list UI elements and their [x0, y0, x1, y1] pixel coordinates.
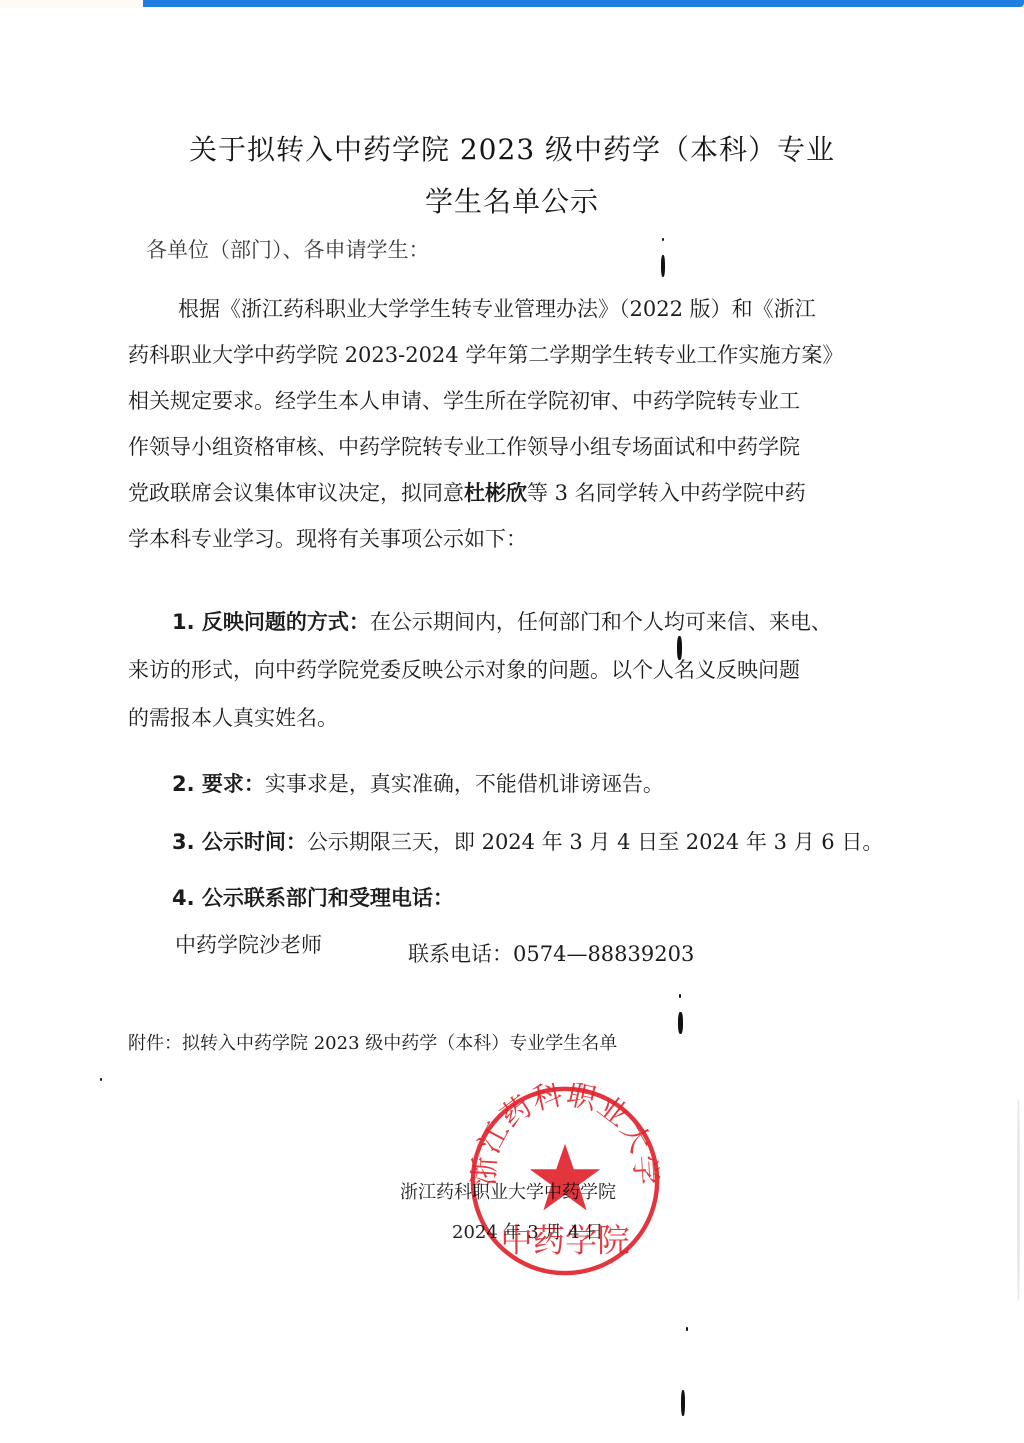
scan-artifact [661, 255, 665, 277]
body-line: 相关规定要求。经学生本人申请、学生所在学院初审、中药学院转专业工 [128, 385, 918, 415]
scan-artifact [662, 238, 664, 241]
phone-number: 0574—88839203 [513, 942, 694, 966]
body-line: 药科职业大学中药学院 2023-2024 学年第二学期学生转专业工作实施方案》 [128, 339, 918, 369]
item-1-line-3: 的需报本人真实姓名。 [128, 702, 918, 732]
body-line: 根据《浙江药科职业大学学生转专业管理办法》（2022 版）和《浙江 [178, 293, 968, 323]
phone-label: 联系电话： [408, 942, 513, 966]
scan-artifact [677, 636, 682, 660]
body-line: 作领导小组资格审核、中药学院转专业工作领导小组专场面试和中药学院 [128, 431, 918, 461]
item-text: 公示期限三天，即 2024 年 3 月 4 日至 2024 年 3 月 6 日。 [307, 830, 883, 854]
scan-artifact [100, 1078, 102, 1081]
item-label: 4. 公示联系部门和受理电话： [172, 886, 454, 910]
body-line: 学本科专业学习。现将有关事项公示如下： [128, 523, 918, 553]
scan-artifact [681, 1390, 685, 1416]
scan-top-border [143, 0, 1024, 7]
item-text: 实事求是，真实准确，不能借机诽谤诬告。 [265, 772, 664, 796]
scan-artifact [678, 1012, 683, 1034]
document-title-line-2: 学生名单公示 [0, 180, 1024, 220]
official-seal-icon: 浙江药科职业大学 中药学院 [467, 1083, 663, 1279]
attachment-note: 附件：拟转入中药学院 2023 级中药学（本科）专业学生名单 [128, 1029, 617, 1055]
item-1: 1. 反映问题的方式：在公示期间内，任何部门和个人均可来信、来电、 [172, 606, 962, 636]
scan-edge [0, 0, 143, 8]
scan-artifact [679, 994, 681, 998]
item-2: 2. 要求：实事求是，真实准确，不能借机诽谤诬告。 [172, 768, 962, 798]
student-name: 杜彬欣 [464, 481, 527, 505]
item-label: 1. 反映问题的方式： [172, 610, 370, 634]
contact-phone: 联系电话：0574—88839203 [408, 938, 1024, 968]
seal-center-text: 中药学院 [500, 1222, 629, 1260]
item-label: 2. 要求： [172, 772, 265, 796]
body-text: 党政联席会议集体审议决定，拟同意 [128, 481, 464, 505]
item-label: 3. 公示时间： [172, 830, 307, 854]
body-line: 党政联席会议集体审议决定，拟同意杜彬欣等 3 名同学转入中药学院中药 [128, 477, 918, 507]
greeting: 各单位（部门）、各申请学生： [146, 234, 936, 264]
item-text: 在公示期间内，任何部门和个人均可来信、来电、 [370, 610, 832, 634]
body-text: 等 3 名同学转入中药学院中药 [527, 481, 806, 505]
document-title-line-1: 关于拟转入中药学院 2023 级中药学（本科）专业 [0, 128, 1024, 168]
item-3: 3. 公示时间：公示期限三天，即 2024 年 3 月 4 日至 2024 年 … [172, 826, 962, 856]
item-1-line-2: 来访的形式，向中药学院党委反映公示对象的问题。以个人名义反映问题 [128, 654, 918, 684]
scan-artifact [1017, 1100, 1020, 1300]
scan-artifact [686, 1327, 688, 1331]
item-4: 4. 公示联系部门和受理电话： [172, 882, 962, 912]
